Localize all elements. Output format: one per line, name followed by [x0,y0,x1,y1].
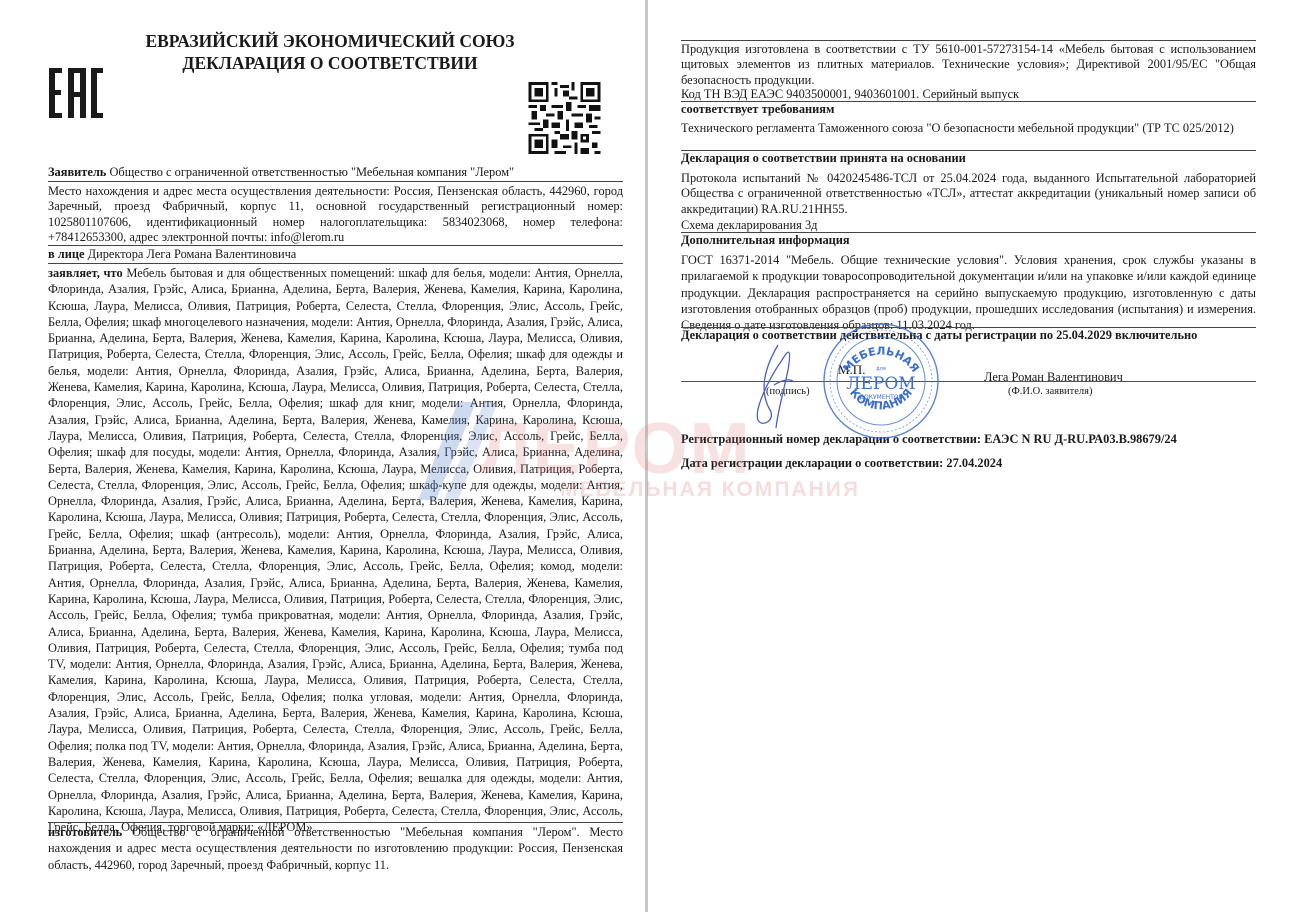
signature-icon [748,340,808,430]
complies-label: соответствует требованиям [681,102,1256,117]
manufacturer-block: изготовитель Общество с ограниченной отв… [48,824,623,873]
rule [48,263,623,264]
represented-value: Директора Лега Романа Валентиновича [88,247,297,261]
applicant-line: Заявитель Общество с ограниченной ответс… [48,165,623,180]
basis-text: Протокола испытаний № 0420245486-ТСЛ от … [681,171,1256,217]
header-union: ЕВРАЗИЙСКИЙ ЭКОНОМИЧЕСКИЙ СОЮЗ [130,30,530,52]
seal-brand-text: ЛЕРОМ [846,374,915,394]
watermark-tagline: МЕБЕЛЬНАЯ КОМПАНИЯ [560,478,860,502]
rule [48,822,623,823]
additional-text: ГОСТ 16371-2014 "Мебель. Общие техническ… [681,252,1256,333]
manufacturer-text: Общество с ограниченной ответственностью… [48,825,623,872]
rule [48,181,623,182]
seal-docs-text: ДОКУМЕНТОВ [859,394,902,401]
rule [681,40,1256,41]
additional-label: Дополнительная информация [681,233,1256,248]
company-seal-icon: МЕБЕЛЬНАЯ КОМПАНИЯ для ЛЕРОМ ДОКУМЕНТОВ [822,322,940,440]
complies-text: Технического регламента Таможенного союз… [681,121,1256,136]
represented-label: в лице [48,247,85,261]
qr-code-icon [528,82,601,154]
applicant-label: Заявитель [48,165,106,179]
declares-text: Мебель бытовая и для общественных помеще… [48,266,623,834]
registration-number: Регистрационный номер декларации о соотв… [681,432,1256,447]
signer-caption: (Ф.И.О. заявителя) [1008,384,1093,399]
applicant-value: Общество с ограниченной ответственностью… [109,165,514,179]
represented-line: в лице Директора Лега Романа Валентинови… [48,247,623,262]
production-standard: Продукция изготовлена в соответствии с Т… [681,42,1256,88]
rule [48,245,623,246]
header-doc-title: ДЕКЛАРАЦИЯ О СООТВЕТСТВИИ [130,52,530,74]
declares-label: заявляет, что [48,266,123,280]
applicant-address: Место нахождения и адрес места осуществл… [48,184,623,246]
registration-date: Дата регистрации декларации о соответств… [681,456,1256,471]
seal-for-text: для [876,366,886,372]
manufacturer-label: изготовитель [48,825,122,839]
basis-label: Декларация о соответствии принята на осн… [681,151,1256,166]
eac-mark-icon [49,68,103,118]
declaration-body: заявляет, что Мебель бытовая и для общес… [48,265,623,835]
